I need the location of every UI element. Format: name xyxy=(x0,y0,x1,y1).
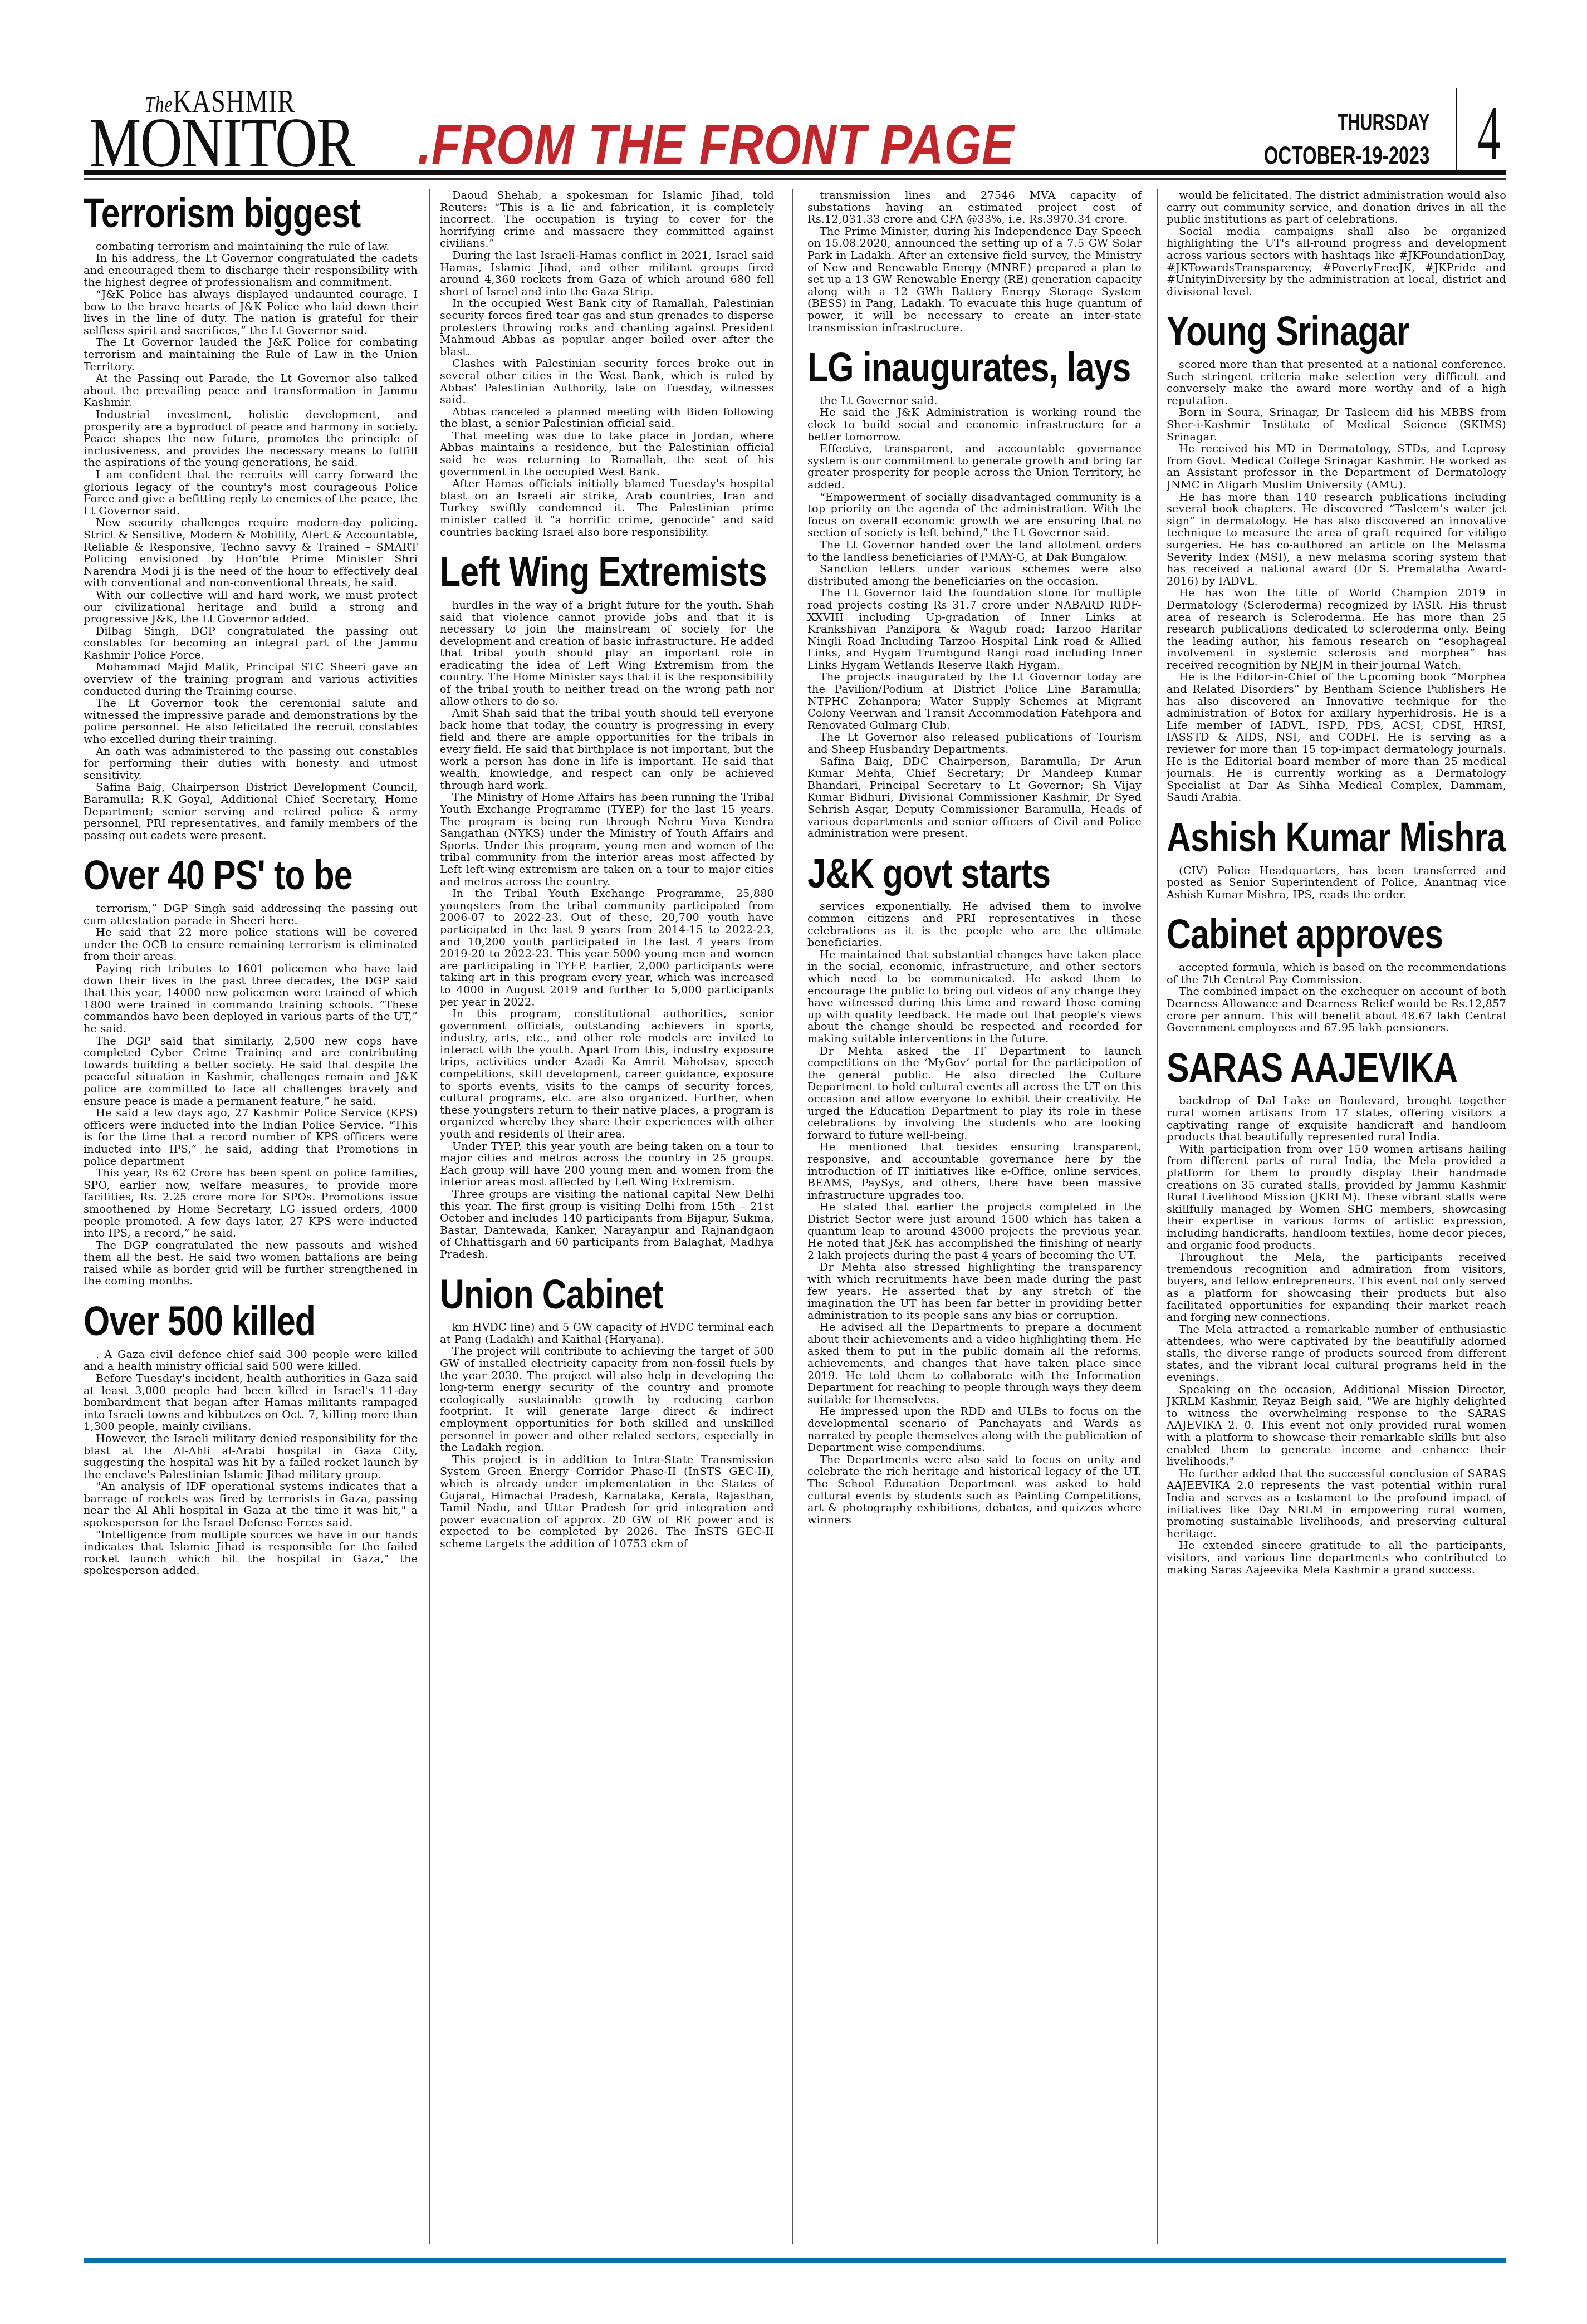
article-paragraph: Clashes with Palestinian security forces… xyxy=(440,357,774,405)
article: Young Srinagarscored more than that pres… xyxy=(1167,310,1506,803)
article-paragraph: accepted formula, which is based on the … xyxy=(1167,962,1506,986)
article-paragraph: km HVDC line) and 5 GW capacity of HVDC … xyxy=(440,1321,774,1345)
article-paragraph: The Mela attracted a remarkable number o… xyxy=(1167,1323,1506,1384)
article-paragraph: The Departments were also said to focus … xyxy=(807,1454,1142,1526)
article-paragraph: The Lt Governor took the ceremonial salu… xyxy=(84,697,418,745)
article-paragraph: Sanction letters under various schemes w… xyxy=(807,563,1142,587)
article-paragraph: The combined impact on the exchequer on … xyxy=(1167,986,1506,1033)
article-paragraph: Industrial investment, holistic developm… xyxy=(84,409,418,469)
article-paragraph: Dr Mehta also stressed highlighting the … xyxy=(807,1261,1142,1321)
article-paragraph: Effective, transparent, and accountable … xyxy=(807,443,1142,491)
article-paragraph: In the Tribal Youth Exchange Programme, … xyxy=(440,888,774,1008)
article-paragraph: The project will contribute to achieving… xyxy=(440,1345,774,1453)
article-paragraph: However, the Israeli military denied res… xyxy=(84,1433,418,1480)
article: Cabinet approvesaccepted formula, which … xyxy=(1167,913,1506,1033)
article-paragraph: He said a few days ago, 27 Kashmir Polic… xyxy=(84,1107,418,1167)
article-paragraph: transmission lines and 27546 MVA capacit… xyxy=(807,189,1142,225)
article-paragraph: Safina Baig, Chairperson District Develo… xyxy=(84,781,418,841)
article-paragraph: Born in Soura, Srinagar, Dr Tasleem did … xyxy=(1167,406,1506,443)
article-headline: Over 500 killed xyxy=(84,1300,357,1343)
issue-day: THURSDAY xyxy=(1338,109,1429,136)
article-headline: Terrorism biggest xyxy=(84,192,357,235)
article: J&K govt startsservices exponentially. H… xyxy=(807,852,1142,1526)
article: Over 40 PS' to beterrorism,” DGP Singh s… xyxy=(84,854,418,1287)
article: LG inaugurates, laysthe Lt Governor said… xyxy=(807,346,1142,840)
article-paragraph: combating terrorism and maintaining the … xyxy=(84,241,418,253)
article: Terrorism biggestcombating terrorism and… xyxy=(84,192,418,841)
article-paragraph: The Lt Governor handed over the land all… xyxy=(807,539,1142,563)
article-paragraph: During the last Israeli-Hamas conflict i… xyxy=(440,249,774,297)
article-paragraph: He maintained that substantial changes h… xyxy=(807,949,1142,1045)
article-paragraph: At the Passing out Parade, the Lt Govern… xyxy=(84,372,418,409)
article-paragraph: Safina Baig, DDC Chairperson, Baramulla;… xyxy=(807,756,1142,840)
column-divider xyxy=(792,189,793,2244)
article: would be felicitated. The district admin… xyxy=(1167,189,1506,297)
article-paragraph: “Empowerment of socially disadvantaged c… xyxy=(807,491,1142,539)
article-headline: Cabinet approves xyxy=(1167,913,1445,956)
column-divider xyxy=(429,189,430,2244)
masthead-monitor: MONITOR xyxy=(89,107,354,178)
article-paragraph: The Lt Governor lauded the J&K Police fo… xyxy=(84,336,418,372)
article-paragraph: After Hamas officials initially blamed T… xyxy=(440,478,774,538)
article-paragraph: The Lt Governor laid the foundation ston… xyxy=(807,587,1142,671)
article-paragraph: The Lt Governor also released publicatio… xyxy=(807,731,1142,755)
article-paragraph: With our collective will and hard work, … xyxy=(84,589,418,625)
article-paragraph: services exponentially. He advised them … xyxy=(807,900,1142,948)
article-paragraph: (CIV) Police Headquarters, has been tran… xyxy=(1167,865,1506,901)
article-paragraph: He impressed upon the RDD and ULBs to fo… xyxy=(807,1405,1142,1453)
masthead-rule-thick xyxy=(84,170,1506,175)
article-paragraph: The DGP said that similarly, 2,500 new c… xyxy=(84,1035,418,1107)
article-paragraph: He received his MD in Dermatology, STDs,… xyxy=(1167,443,1506,491)
article-paragraph: He has more than 140 research publicatio… xyxy=(1167,491,1506,587)
issue-date: OCTOBER-19-2023 xyxy=(1263,140,1429,170)
article-paragraph: Three groups are visiting the national c… xyxy=(440,1188,774,1261)
article-paragraph: The Ministry of Home Affairs has been ru… xyxy=(440,791,774,888)
article-headline: J&K govt starts xyxy=(807,852,1081,895)
article-paragraph: In this program, constitutional authorit… xyxy=(440,1008,774,1140)
article-paragraph: "An analysis of IDF operational systems … xyxy=(84,1480,418,1528)
column-2: Daoud Shehab, a spokesman for Islamic Ji… xyxy=(440,189,774,2249)
article-paragraph: The DGP congratulated the new passouts a… xyxy=(84,1239,418,1287)
column-4: would be felicitated. The district admin… xyxy=(1167,189,1506,2249)
article-paragraph: That meeting was due to take place in Jo… xyxy=(440,430,774,478)
article-paragraph: Paying rich tributes to 1601 policemen w… xyxy=(84,963,418,1035)
article-paragraph: Dr Mehta asked the IT Department to laun… xyxy=(807,1045,1142,1141)
article: Ashish Kumar Mishra(CIV) Police Headquar… xyxy=(1167,816,1506,900)
article-paragraph: terrorism,” DGP Singh said addressing th… xyxy=(84,903,418,926)
article-paragraph: An oath was administered to the passing … xyxy=(84,746,418,782)
article-paragraph: hurdles in the way of a bright future fo… xyxy=(440,599,774,707)
article-headline: LG inaugurates, lays xyxy=(807,346,1081,389)
article-headline: Ashish Kumar Mishra xyxy=(1167,816,1445,859)
masthead-rule-thin xyxy=(84,178,1506,180)
column-divider xyxy=(1157,189,1158,2244)
article-headline: Union Cabinet xyxy=(440,1273,714,1316)
article-paragraph: “J&K Police has always displayed undaunt… xyxy=(84,288,418,336)
article-paragraph: In his address, the Lt Governor congratu… xyxy=(84,252,418,288)
article-paragraph: Mohammad Majid Malik, Principal STC Shee… xyxy=(84,661,418,697)
column-1: Terrorism biggestcombating terrorism and… xyxy=(84,189,418,2249)
article-paragraph: . A Gaza civil defence chief said 300 pe… xyxy=(84,1349,418,1372)
article-paragraph: Throughout the Mela, the participants re… xyxy=(1167,1251,1506,1323)
article: Over 500 killed. A Gaza civil defence ch… xyxy=(84,1300,418,1577)
article-paragraph: backdrop of Dal Lake on Boulevard, broug… xyxy=(1167,1095,1506,1143)
article-paragraph: He is the Editor-in-Chief of the Upcomin… xyxy=(1167,671,1506,803)
article-paragraph: Speaking on the occasion, Additional Mis… xyxy=(1167,1384,1506,1468)
article-paragraph: He said that 22 more police stations wil… xyxy=(84,926,418,963)
article-paragraph: The Prime Minister, during his Independe… xyxy=(807,225,1142,334)
article-headline: SARAS AAJEVIKA xyxy=(1167,1046,1445,1090)
article-paragraph: Abbas canceled a planned meeting with Bi… xyxy=(440,406,774,430)
article: Left Wing Extremistshurdles in the way o… xyxy=(440,550,774,1260)
article-paragraph: Amit Shah said that the tribal youth sho… xyxy=(440,707,774,791)
article-paragraph: He said the J&K Administration is workin… xyxy=(807,406,1142,443)
article-paragraph: Social media campaigns shall also be org… xyxy=(1167,225,1506,298)
article-headline: Over 40 PS' to be xyxy=(84,854,357,897)
article: Union Cabinetkm HVDC line) and 5 GW capa… xyxy=(440,1273,774,1550)
article: Daoud Shehab, a spokesman for Islamic Ji… xyxy=(440,189,774,538)
article-paragraph: Daoud Shehab, a spokesman for Islamic Ji… xyxy=(440,189,774,249)
footer-bar xyxy=(84,2258,1506,2263)
article-paragraph: The projects inaugurated by the Lt Gover… xyxy=(807,671,1142,731)
article-paragraph: would be felicitated. The district admin… xyxy=(1167,189,1506,225)
article-paragraph: scored more than that presented at a nat… xyxy=(1167,359,1506,406)
article-paragraph: This project is in addition to Intra-Sta… xyxy=(440,1454,774,1550)
article-paragraph: New security challenges require modern-d… xyxy=(84,517,418,589)
article-paragraph: This year, Rs 62 Crore has been spent on… xyxy=(84,1167,418,1239)
article-paragraph: He extended sincere gratitude to all the… xyxy=(1167,1539,1506,1576)
article-paragraph: With participation from over 150 women a… xyxy=(1167,1143,1506,1251)
article-paragraph: the Lt Governor said. xyxy=(807,395,1142,407)
article-paragraph: Dilbag Singh, DGP congratulated the pass… xyxy=(84,625,418,661)
article-paragraph: In the occupied West Bank city of Ramall… xyxy=(440,297,774,357)
section-title: .FROM THE FRONT PAGE xyxy=(418,117,1014,173)
article-paragraph: Under TYEP, this year youth are being ta… xyxy=(440,1140,774,1188)
column-3: transmission lines and 27546 MVA capacit… xyxy=(807,189,1142,2249)
article-paragraph: "Intelligence from multiple sources we h… xyxy=(84,1529,418,1577)
masthead-divider xyxy=(1456,88,1457,171)
article: transmission lines and 27546 MVA capacit… xyxy=(807,189,1142,334)
article-paragraph: I am confident that the recruits will ca… xyxy=(84,469,418,517)
masthead: TheKASHMIR MONITOR .FROM THE FRONT PAGE … xyxy=(84,72,1506,189)
newspaper-page: TheKASHMIR MONITOR .FROM THE FRONT PAGE … xyxy=(84,72,1506,189)
article-headline: Young Srinagar xyxy=(1167,310,1445,353)
article-paragraph: He advised all the Departments to prepar… xyxy=(807,1321,1142,1405)
article: SARAS AAJEVIKAbackdrop of Dal Lake on Bo… xyxy=(1167,1046,1506,1576)
columns-area: Terrorism biggestcombating terrorism and… xyxy=(84,189,1506,2255)
article-paragraph: He stated that earlier the projects comp… xyxy=(807,1201,1142,1261)
article-paragraph: Before Tuesday's incident, health author… xyxy=(84,1372,418,1433)
article-headline: Left Wing Extremists xyxy=(440,550,714,594)
article-paragraph: He further added that the successful con… xyxy=(1167,1468,1506,1540)
page-number: 4 xyxy=(1478,95,1501,171)
article-paragraph: He has won the title of World Champion 2… xyxy=(1167,587,1506,671)
article-paragraph: He mentioned that besides ensuring trans… xyxy=(807,1141,1142,1201)
